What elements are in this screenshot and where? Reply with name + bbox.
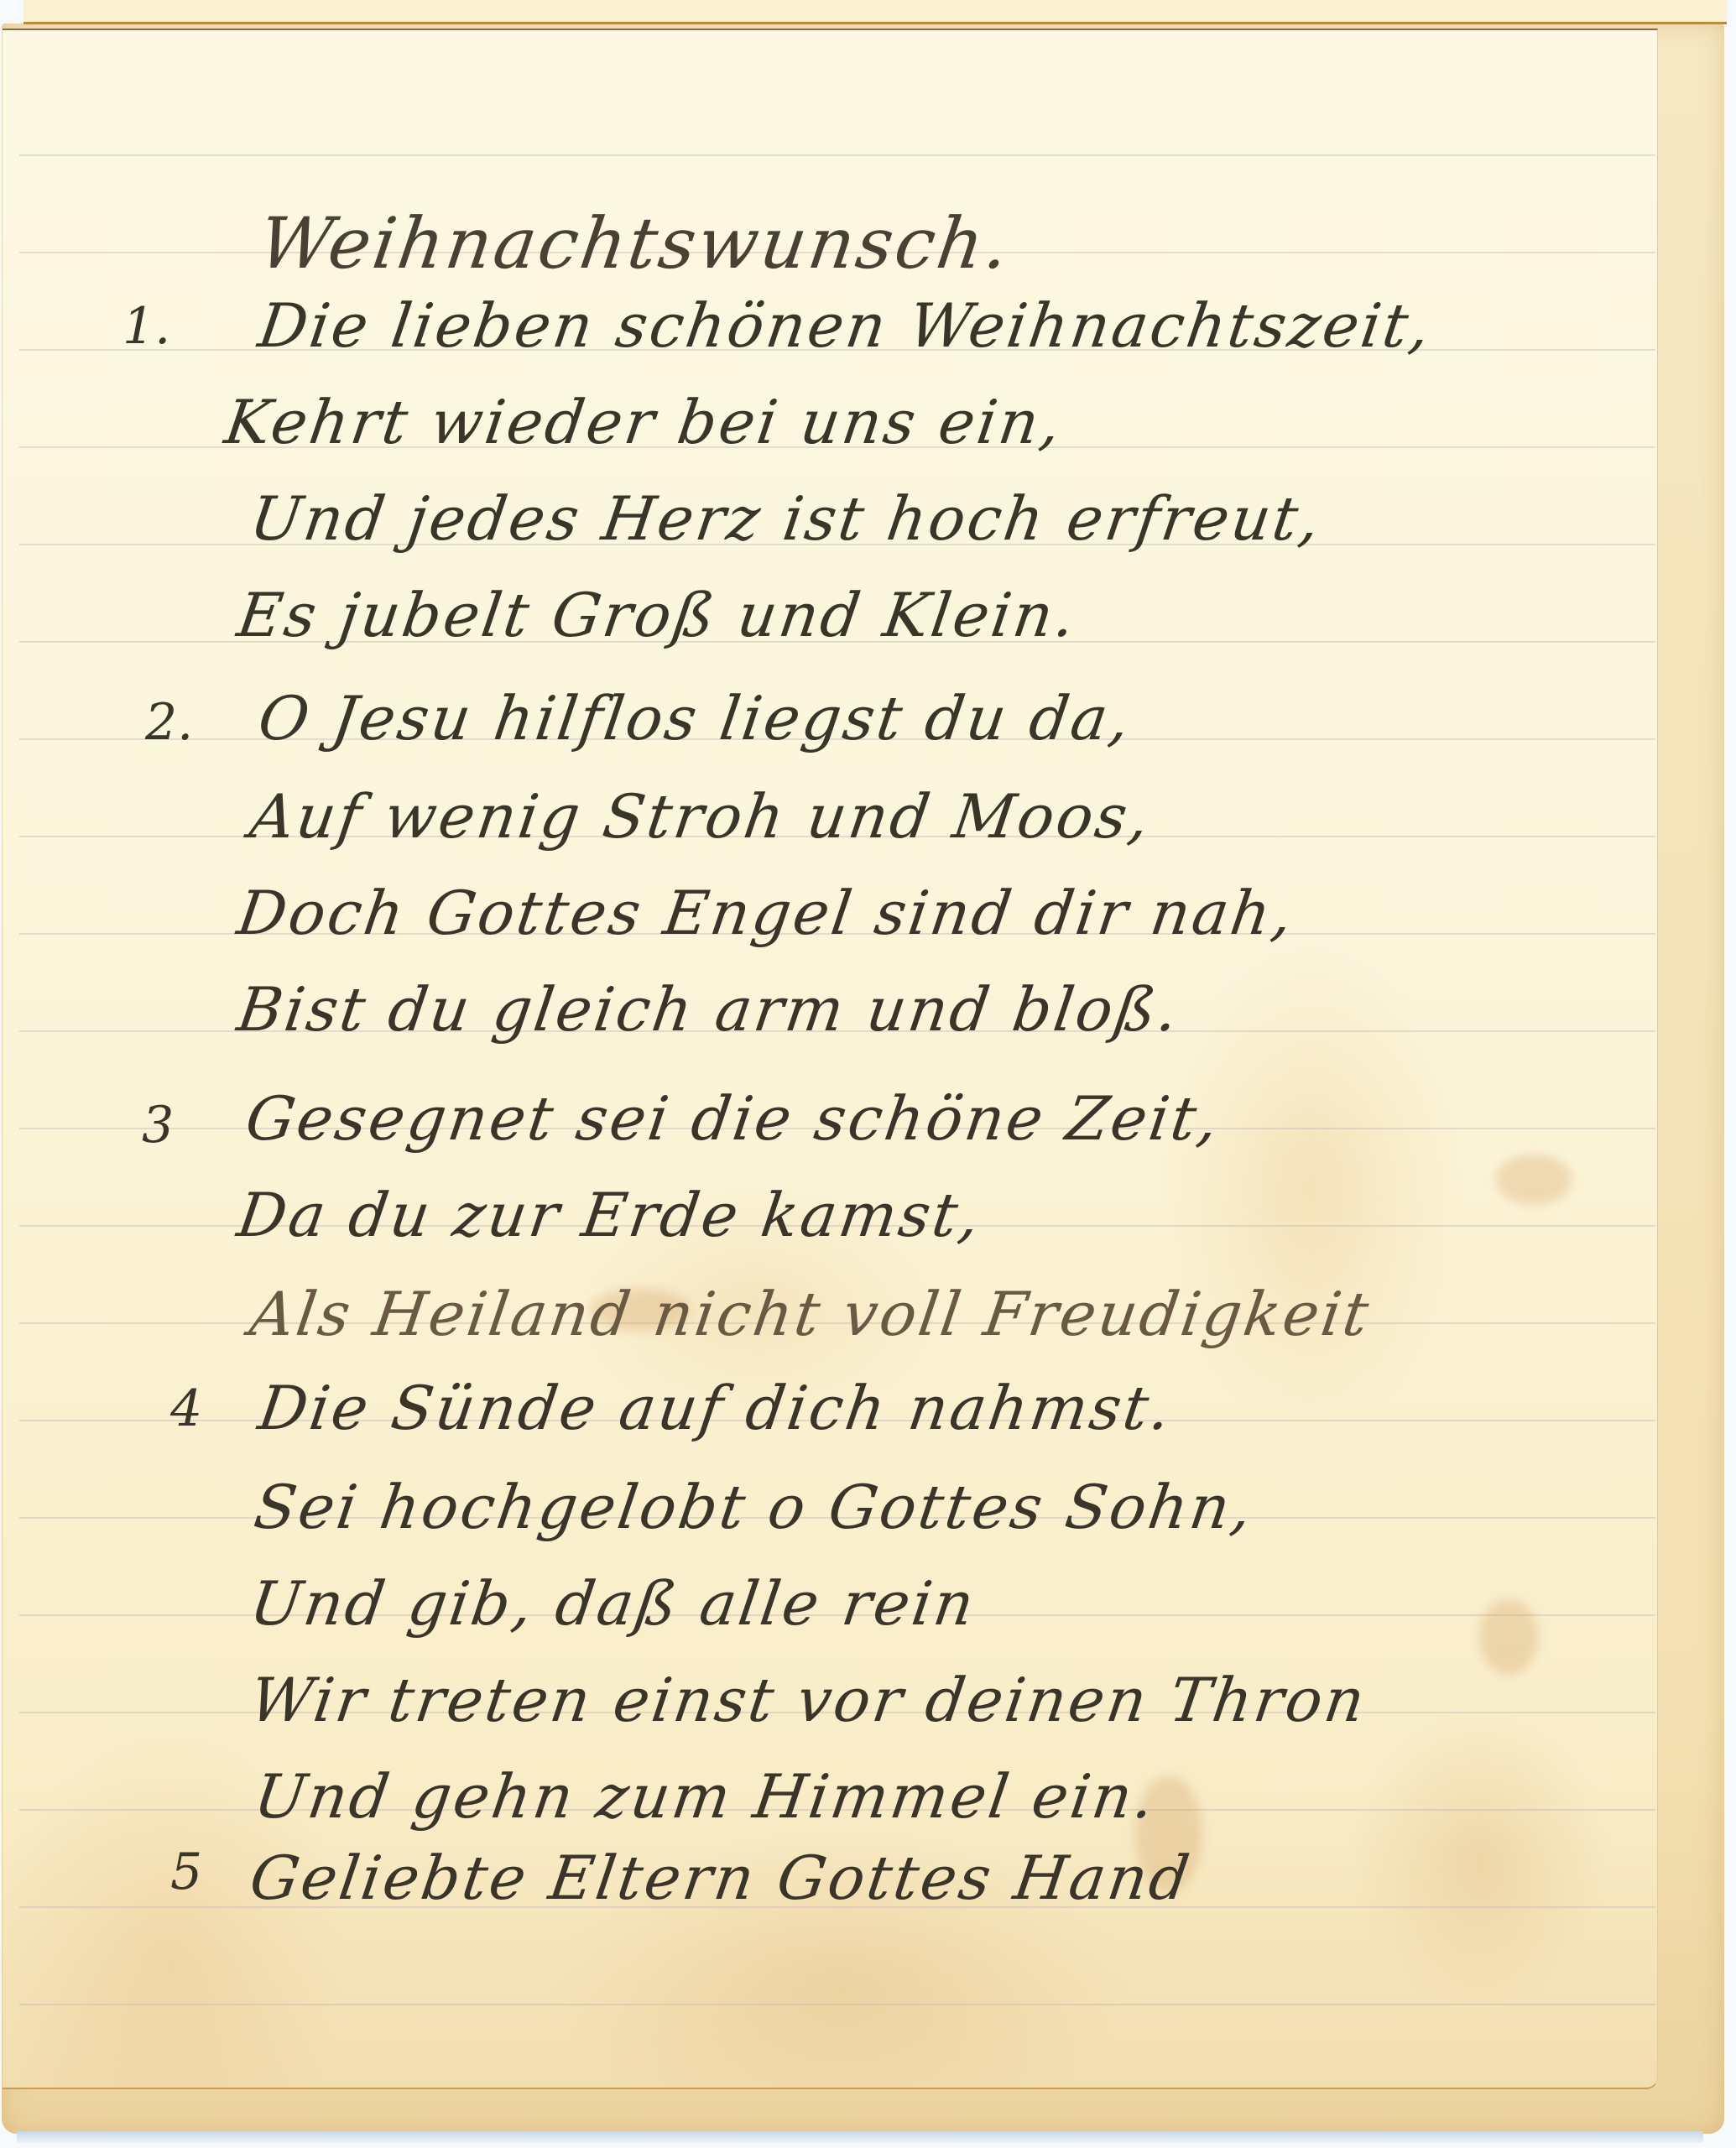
- poem-line: Die lieben schönen Weihnachtszeit,: [254, 290, 1436, 361]
- poem-line: Bist du gleich arm und bloß.: [233, 974, 1185, 1045]
- poem-line: Kehrt wieder bei uns ein,: [221, 387, 1067, 457]
- notebook-page: Weihnachtswunsch. 1. 2. 3 4 5 Die lieben…: [3, 29, 1658, 2089]
- poem-line: Da du zur Erde kamst,: [233, 1180, 986, 1250]
- poem-line: Geliebte Eltern Gottes Hand: [246, 1843, 1196, 1913]
- poem-line: Und gib, daß alle rein: [246, 1568, 981, 1639]
- poem-line: Als Heiland nicht voll Freudigkeit: [246, 1279, 1375, 1349]
- poem-line: Auf wenig Stroh und Moos,: [246, 781, 1156, 852]
- poem-title: Weihnachtswunsch.: [254, 202, 1016, 284]
- poem-line: Wir treten einst vor deinen Thron: [246, 1665, 1371, 1735]
- verse-number: 5: [170, 1843, 202, 1901]
- foxing-stain: [1479, 1599, 1538, 1675]
- poem-line: Die Sünde auf dich nahmst.: [254, 1373, 1177, 1443]
- stacked-sheet-edge: [23, 0, 1727, 24]
- ruled-line: [19, 2004, 1655, 2005]
- poem-line: Es jubelt Groß und Klein.: [233, 580, 1082, 650]
- foxing-stain: [1496, 1155, 1572, 1205]
- verse-number: 3: [142, 1096, 174, 1155]
- poem-line: Sei hochgelobt o Gottes Sohn,: [250, 1472, 1259, 1542]
- ruled-line: [19, 154, 1655, 156]
- scanner-background-edge: [17, 2131, 1703, 2143]
- poem-line: Doch Gottes Engel sind dir nah,: [233, 878, 1299, 948]
- verse-number: 2.: [145, 693, 193, 752]
- poem-line: Gesegnet sei die schöne Zeit,: [242, 1083, 1225, 1154]
- verse-number: 4: [170, 1379, 202, 1438]
- poem-line: Und gehn zum Himmel ein.: [250, 1761, 1160, 1832]
- scanned-document: Weihnachtswunsch. 1. 2. 3 4 5 Die lieben…: [0, 0, 1736, 2148]
- poem-line: Und jedes Herz ist hoch erfreut,: [246, 483, 1327, 554]
- poem-line: O Jesu hilflos liegst du da,: [254, 683, 1136, 753]
- verse-number: 1.: [123, 297, 170, 356]
